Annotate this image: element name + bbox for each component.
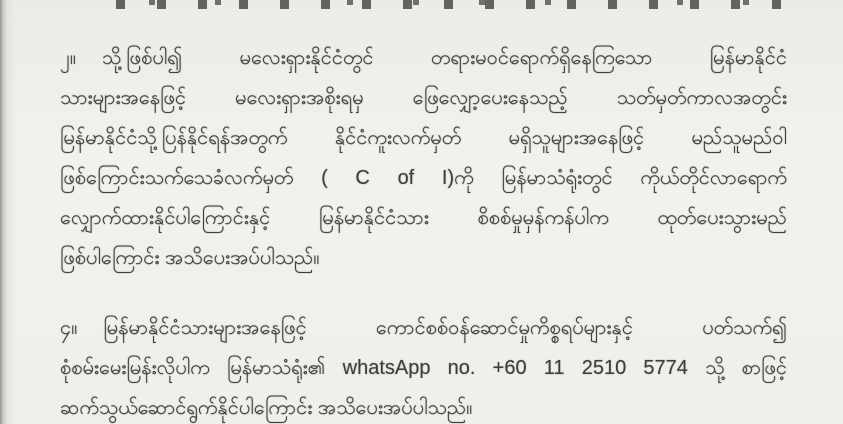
text-line: ဖြစ်ကြောင်းသက်သေခံလက်မှတ် ( C of I)ကို မ…: [60, 158, 787, 198]
number-gap: [77, 333, 103, 334]
paragraph-number: ၂။: [60, 47, 76, 69]
text-line: ဆက်သွယ်ဆောင်ရွက်နိုင်ပါကြောင်း အသိပေးအပ်…: [60, 388, 787, 424]
text-line-content: မြန်မာနိုင်ငံသားများအနေဖြင့် ကောင်စစ်ဝန်…: [103, 317, 787, 339]
text-line-content: သို့ဖြစ်ပါ၍ မလေးရှားနိုင်ငံတွင် တရားမဝင်…: [102, 47, 787, 69]
text-line: လျှောက်ထားနိုင်ပါကြောင်းနှင့် မြန်မာနိုင…: [60, 198, 787, 238]
paragraph-number: ၄။: [60, 317, 77, 339]
photo-edge-shadow: [0, 0, 16, 424]
text-line: စုံစမ်းမေးမြန်းလိုပါက မြန်မာသံရုံး၏ what…: [60, 348, 787, 388]
text-line: မြန်မာနိုင်ငံသို့ပြန်နိုင်ရန်အတွက် နိုင်…: [60, 118, 787, 158]
paragraph-4: ၄။မြန်မာနိုင်ငံသားများအနေဖြင့် ကောင်စစ်ဝ…: [60, 308, 787, 424]
document-body: ၂။သို့ဖြစ်ပါ၍ မလေးရှားနိုင်ငံတွင် တရားမဝ…: [60, 38, 787, 424]
paragraph-2: ၂။သို့ဖြစ်ပါ၍ မလေးရှားနိုင်ငံတွင် တရားမဝ…: [60, 38, 787, 278]
text-line: သားများအနေဖြင့် မလေးရှားအစိုးရမှ ဖြေလျှေ…: [60, 78, 787, 118]
cropped-text-remnants: [110, 0, 789, 9]
text-line: ၄။မြန်မာနိုင်ငံသားများအနေဖြင့် ကောင်စစ်ဝ…: [60, 308, 787, 348]
text-line: ၂။သို့ဖြစ်ပါ၍ မလေးရှားနိုင်ငံတွင် တရားမဝ…: [60, 38, 787, 78]
number-gap: [76, 63, 102, 64]
text-line: ဖြစ်ပါကြောင်း အသိပေးအပ်ပါသည်။: [60, 238, 787, 278]
photographed-document: { "document": { "colors": { "paper": "#e…: [0, 0, 843, 424]
